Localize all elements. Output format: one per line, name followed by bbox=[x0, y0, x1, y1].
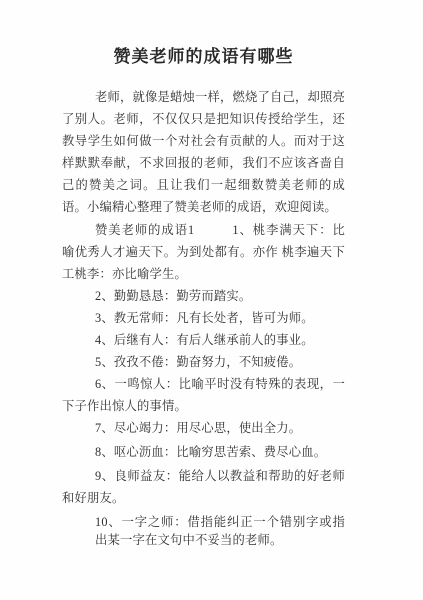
idiom-item-8: 8、呕心沥血：比喻穷思苦索、费尽心血。 bbox=[62, 441, 345, 463]
idiom-item-6: 6、一鸣惊人：比喻平时没有特殊的表现，一下子作出惊人的事情。 bbox=[62, 373, 345, 417]
idiom-item-10: 10、一字之师：借指能纠正一个错别字或指出某一字在文句中不妥当的老师。 bbox=[95, 513, 345, 549]
tab-spacer bbox=[194, 233, 232, 234]
document-page: 赞美老师的成语有哪些 老师，就像是蜡烛一样，燃烧了自己，却照亮了别人。老师，不仅… bbox=[0, 0, 423, 600]
idiom-item-5: 5、孜孜不倦：勤奋努力，不知疲倦。 bbox=[62, 351, 345, 373]
idiom-item-9: 9、良师益友：能给人以教益和帮助的好老师和好朋友。 bbox=[62, 465, 345, 509]
idiom-item-4: 4、后继有人：有后人继承前人的事业。 bbox=[62, 329, 345, 351]
document-body: 赞美老师的成语有哪些 老师，就像是蜡烛一样，燃烧了自己，却照亮了别人。老师，不仅… bbox=[62, 44, 345, 549]
idiom-item-7: 7、尽心竭力：用尽心思，使出全力。 bbox=[62, 417, 345, 439]
page-title: 赞美老师的成语有哪些 bbox=[62, 44, 345, 70]
section-label: 赞美老师的成语1 bbox=[95, 223, 194, 237]
intro-paragraph: 老师，就像是蜡烛一样，燃烧了自己，却照亮了别人。老师，不仅仅只是把知识传授给学生… bbox=[62, 86, 345, 218]
idiom-item-3: 3、教无常师：凡有长处者，皆可为师。 bbox=[62, 307, 345, 329]
section-paragraph: 赞美老师的成语11、桃李满天下：比喻优秀人才遍天下。为到处都有。亦作 桃李遍天下… bbox=[62, 219, 345, 285]
idiom-item-2: 2、勤勤恳恳：勤劳而踏实。 bbox=[62, 285, 345, 307]
